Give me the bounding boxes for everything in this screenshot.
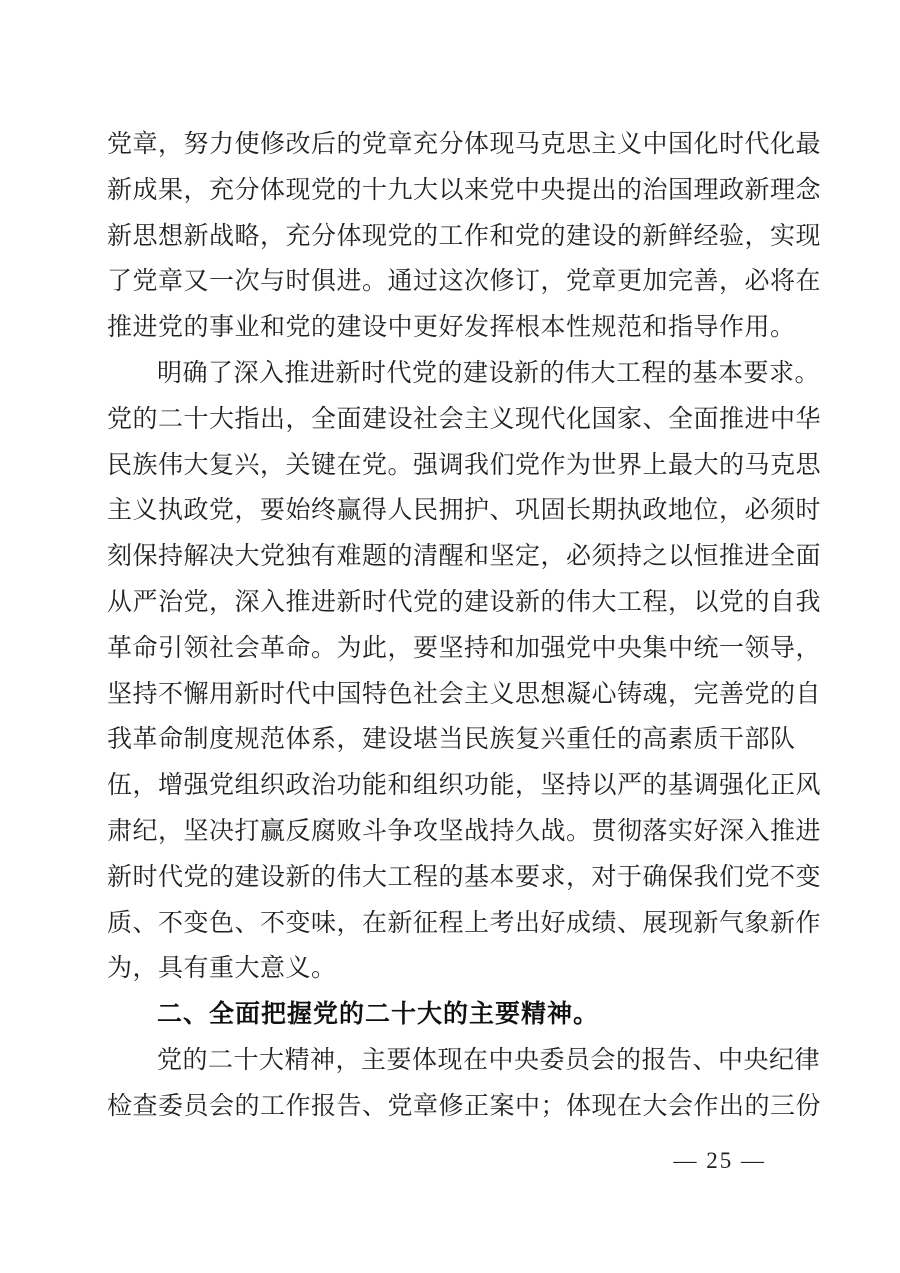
body-line: 质、不变色、不变味，在新征程上考出好成绩、展现新气象新作: [107, 901, 799, 947]
body-line: 坚持不懈用新时代中国特色社会主义思想凝心铸魂，完善党的自: [107, 672, 799, 718]
page-number: — 25 —: [674, 1146, 767, 1176]
body-line: 党章，努力使修改后的党章充分体现马克思主义中国化时代化最: [107, 122, 799, 168]
body-line: 民族伟大复兴，关键在党。强调我们党作为世界上最大的马克思: [107, 443, 799, 489]
body-line: 革命引领社会革命。为此，要坚持和加强党中央集中统一领导，: [107, 626, 799, 672]
body-line: 我革命制度规范体系，建设堪当民族复兴重任的高素质干部队: [107, 717, 799, 763]
text-block: 党章，努力使修改后的党章充分体现马克思主义中国化时代化最 新成果，充分体现党的十…: [107, 122, 799, 1130]
body-line: 检查委员会的工作报告、党章修正案中；体现在大会作出的三份: [107, 1084, 799, 1130]
body-line: 主义执政党，要始终赢得人民拥护、巩固长期执政地位，必须时: [107, 488, 799, 534]
body-line: 为，具有重大意义。: [107, 946, 799, 992]
body-line: 党的二十大指出，全面建设社会主义现代化国家、全面推进中华: [107, 397, 799, 443]
paragraph-start-line: 明确了深入推进新时代党的建设新的伟大工程的基本要求。: [107, 351, 799, 397]
body-line: 新成果，充分体现党的十九大以来党中央提出的治国理政新理念: [107, 168, 799, 214]
body-line: 从严治党，深入推进新时代党的建设新的伟大工程，以党的自我: [107, 580, 799, 626]
body-line: 新思想新战略，充分体现党的工作和党的建设的新鲜经验，实现: [107, 214, 799, 260]
section-heading: 二、全面把握党的二十大的主要精神。: [107, 992, 799, 1038]
body-line: 推进党的事业和党的建设中更好发挥根本性规范和指导作用。: [107, 305, 799, 351]
body-line: 刻保持解决大党独有难题的清醒和坚定，必须持之以恒推进全面: [107, 534, 799, 580]
body-line: 新时代党的建设新的伟大工程的基本要求，对于确保我们党不变: [107, 855, 799, 901]
body-line: 肃纪，坚决打赢反腐败斗争攻坚战持久战。贯彻落实好深入推进: [107, 809, 799, 855]
body-line: 伍，增强党组织政治功能和组织功能，坚持以严的基调强化正风: [107, 763, 799, 809]
paragraph-start-line: 党的二十大精神，主要体现在中央委员会的报告、中央纪律: [107, 1038, 799, 1084]
body-line: 了党章又一次与时俱进。通过这次修订，党章更加完善，必将在: [107, 259, 799, 305]
document-page: 党章，努力使修改后的党章充分体现马克思主义中国化时代化最 新成果，充分体现党的十…: [0, 0, 900, 1273]
